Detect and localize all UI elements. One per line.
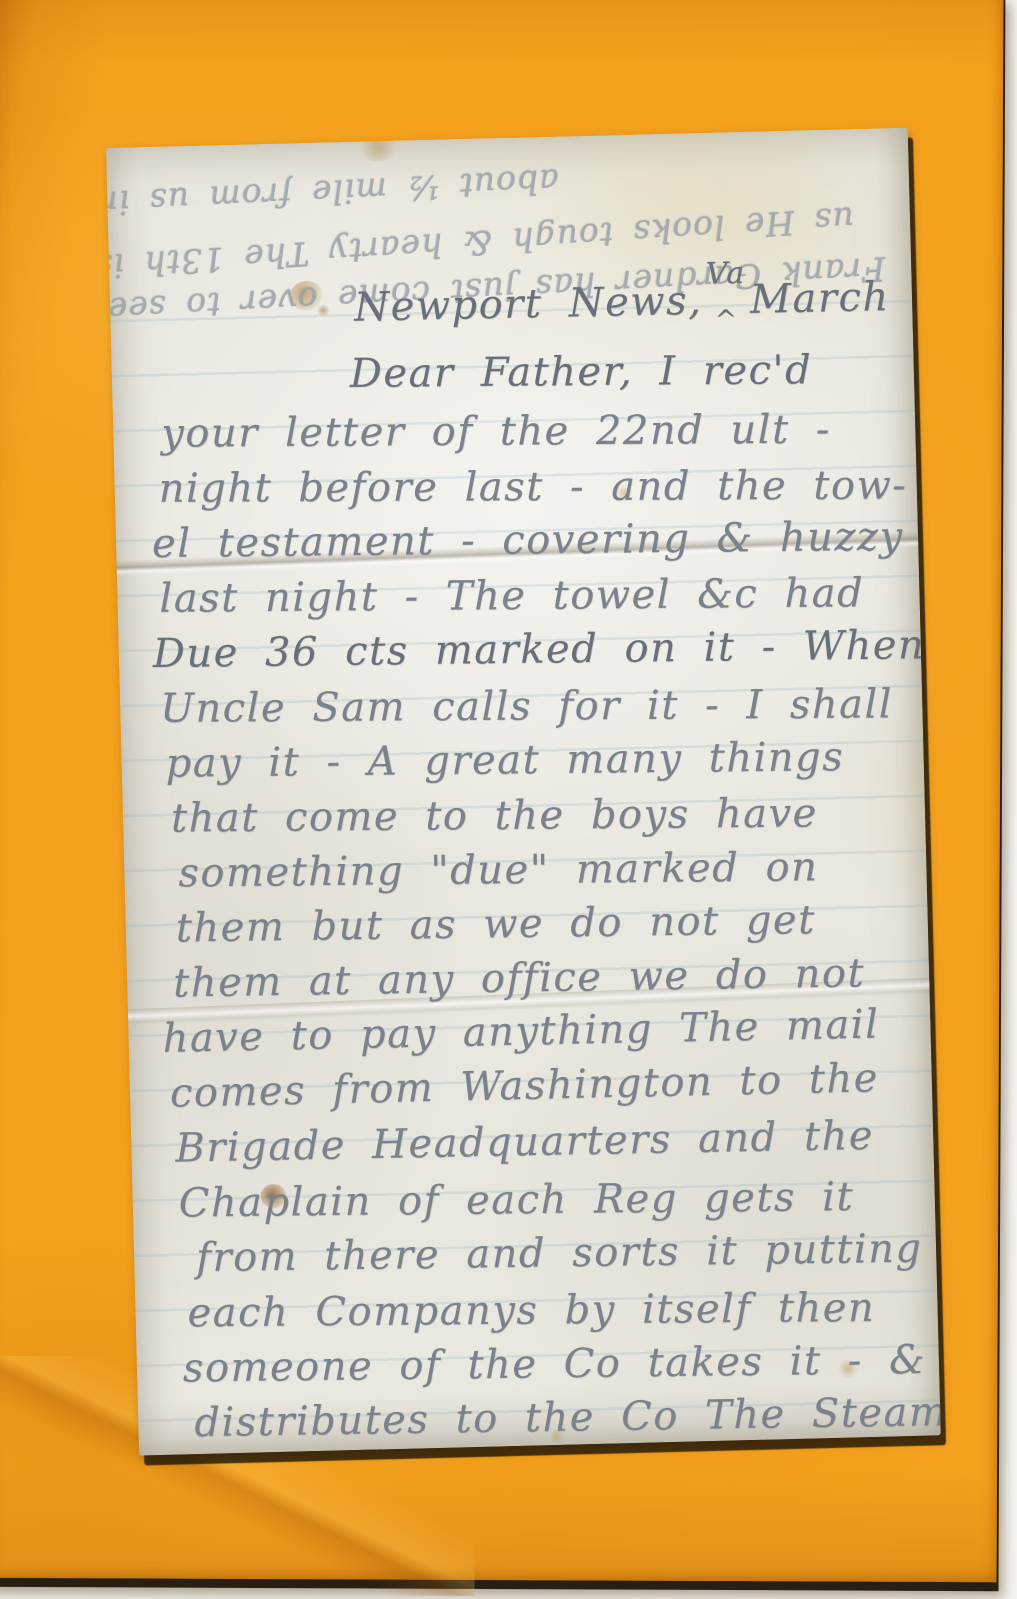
letter-line-salutation: Dear Father, I rec'd — [350, 350, 813, 394]
scanned-letter-photo: Frank Gardner has just come over to see … — [0, 0, 1017, 1599]
letter-paper: Frank Gardner has just come over to see … — [106, 128, 941, 1456]
dateline-caret-mark: ^ — [715, 311, 739, 330]
letter-line: Uncle Sam calls for it - I shall — [160, 684, 893, 728]
letter-line: them at any office we do not — [173, 953, 865, 1003]
dateline-insertion-text: Va — [706, 263, 746, 285]
letter-line: have to pay anything The mail — [162, 1004, 880, 1058]
letter-line: that come to the boys have — [171, 793, 818, 838]
letter-line: Due 36 cts marked on it - When — [153, 625, 926, 674]
letter-line: someone of the Co takes it - & — [183, 1340, 927, 1388]
dateline-place: Newport News, — [354, 278, 703, 331]
dateline-insertion: Va^ — [706, 263, 747, 304]
letter-line: el testament - covering & huzzy — [152, 517, 904, 564]
letter-line: comes from Washington to the — [170, 1058, 880, 1113]
letter-line: night before last - and the tow- — [159, 466, 908, 509]
letter-line: from there and sorts it putting — [196, 1229, 923, 1279]
letter-line: distributes to the Co The Steame — [194, 1392, 941, 1444]
letter-line: Brigade Headquarters and the — [175, 1116, 874, 1169]
letter-line: them but as we do not get — [176, 900, 816, 948]
letter-line: Chaplain of each Reg gets it — [179, 1177, 855, 1223]
letter-line: each Companys by itself then — [187, 1288, 875, 1333]
dateline: Newport News,Va^March 1st/63 — [354, 274, 941, 341]
letter-line: pay it - A great many things — [165, 737, 844, 784]
letter-line: something "due" marked on — [178, 847, 818, 893]
letter-line: last night - The towel &c had — [159, 573, 864, 619]
letter-line: your letter of the 22nd ult - — [161, 410, 831, 454]
